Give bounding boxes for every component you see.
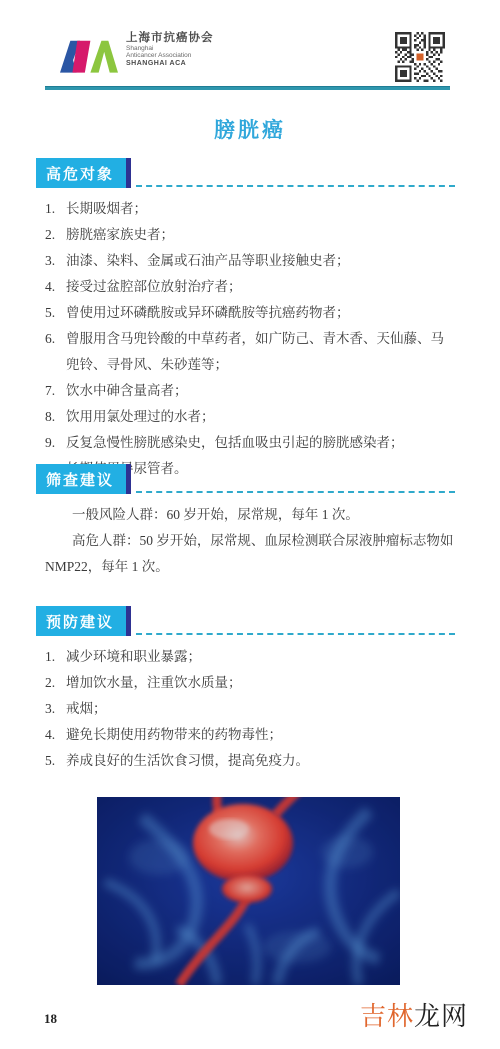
item-number: 5. (45, 300, 62, 326)
item-number: 2. (45, 222, 62, 248)
item-number: 5. (45, 748, 62, 774)
list-item: 4.避免长期使用药物带来的药物毒性； (45, 722, 457, 748)
paragraph: 高危人群：50 岁开始，尿常规、血尿检测联合尿液肿瘤标志物如 NMP22，每年 … (45, 528, 455, 580)
item-text: 接受过盆腔部位放射治疗者； (66, 274, 457, 300)
item-number: 3. (45, 248, 62, 274)
list-item: 4.接受过盆腔部位放射治疗者； (45, 274, 457, 300)
list-item: 5.养成良好的生活饮食习惯，提高免疫力。 (45, 748, 457, 774)
header-divider (45, 86, 450, 90)
item-text: 戒烟； (66, 696, 457, 722)
qr-code-icon (395, 32, 445, 82)
list-item: 9.反复急慢性膀胱感染史，包括血吸虫引起的膀胱感染者； (45, 430, 457, 456)
item-text: 曾使用过环磷酰胺或异环磷酰胺等抗癌药物者； (66, 300, 457, 326)
page-number: 18 (44, 1011, 57, 1027)
item-text: 增加饮水量，注重饮水质量； (66, 670, 457, 696)
item-number: 2. (45, 670, 62, 696)
section-dashed-line (136, 185, 455, 187)
list-item: 8.饮用用氯处理过的水者； (45, 404, 457, 430)
item-text: 长期吸烟者； (66, 196, 457, 222)
list-item: 3.戒烟； (45, 696, 457, 722)
list-item: 1.长期吸烟者； (45, 196, 457, 222)
section-heading-label: 筛查建议 (36, 464, 131, 494)
section-dashed-line (136, 633, 455, 635)
prevention-list: 1.减少环境和职业暴露； 2.增加饮水量，注重饮水质量； 3.戒烟； 4.避免长… (45, 644, 457, 774)
item-text: 曾服用含马兜铃酸的中草药者，如广防己、青木香、天仙藤、马兜铃、寻骨风、朱砂莲等； (66, 326, 457, 378)
watermark: 吉林龙网 (360, 996, 468, 1033)
item-number: 7. (45, 378, 62, 404)
high-risk-list: 1.长期吸烟者； 2.膀胱癌家族史者； 3.油漆、染料、金属或石油产品等职业接触… (45, 196, 457, 482)
aca-logo-icon (60, 32, 118, 80)
item-number: 8. (45, 404, 62, 430)
item-text: 饮水中砷含量高者； (66, 378, 457, 404)
org-name-en-2: Anticancer Association (126, 53, 214, 60)
item-text: 饮用用氯处理过的水者； (66, 404, 457, 430)
page-header: 上海市抗癌协会 Shanghai Anticancer Association … (60, 32, 445, 84)
list-item: 3.油漆、染料、金属或石油产品等职业接触史者； (45, 248, 457, 274)
item-text: 避免长期使用药物带来的药物毒性； (66, 722, 457, 748)
section-header-high-risk: 高危对象 (36, 158, 455, 188)
list-item: 2.增加饮水量，注重饮水质量； (45, 670, 457, 696)
screening-paragraphs: 一般风险人群：60 岁开始，尿常规，每年 1 次。 高危人群：50 岁开始，尿常… (45, 502, 455, 580)
list-item: 7.饮水中砷含量高者； (45, 378, 457, 404)
list-item: 6.曾服用含马兜铃酸的中草药者，如广防己、青木香、天仙藤、马兜铃、寻骨风、朱砂莲… (45, 326, 457, 378)
item-text: 油漆、染料、金属或石油产品等职业接触史者； (66, 248, 457, 274)
item-text: 反复急慢性膀胱感染史，包括血吸虫引起的膀胱感染者； (66, 430, 457, 456)
section-header-prevention: 预防建议 (36, 606, 455, 636)
item-text: 膀胱癌家族史者； (66, 222, 457, 248)
watermark-dark-part: 龙网 (414, 1001, 468, 1031)
org-name-block: 上海市抗癌协会 Shanghai Anticancer Association … (126, 32, 214, 67)
section-heading-label: 高危对象 (36, 158, 131, 188)
item-number: 1. (45, 644, 62, 670)
section-header-screening: 筛查建议 (36, 464, 455, 494)
section-heading-label: 预防建议 (36, 606, 131, 636)
paragraph: 一般风险人群：60 岁开始，尿常规，每年 1 次。 (45, 502, 455, 528)
bladder-illustration-icon (97, 797, 400, 985)
org-name-cn: 上海市抗癌协会 (126, 32, 214, 44)
item-number: 4. (45, 722, 62, 748)
section-dashed-line (136, 491, 455, 493)
item-number: 9. (45, 430, 62, 456)
item-number: 6. (45, 326, 62, 378)
item-number: 3. (45, 696, 62, 722)
item-text: 养成良好的生活饮食习惯，提高免疫力。 (66, 748, 457, 774)
list-item: 1.减少环境和职业暴露； (45, 644, 457, 670)
org-name-en-3: SHANGHAI ACA (126, 60, 214, 67)
watermark-orange-part: 吉林 (360, 1001, 414, 1031)
item-text: 减少环境和职业暴露； (66, 644, 457, 670)
document-page: 上海市抗癌协会 Shanghai Anticancer Association … (0, 0, 500, 1049)
item-number: 4. (45, 274, 62, 300)
list-item: 5.曾使用过环磷酰胺或异环磷酰胺等抗癌药物者； (45, 300, 457, 326)
list-item: 2.膀胱癌家族史者； (45, 222, 457, 248)
page-title: 膀胱癌 (0, 114, 500, 144)
item-number: 1. (45, 196, 62, 222)
